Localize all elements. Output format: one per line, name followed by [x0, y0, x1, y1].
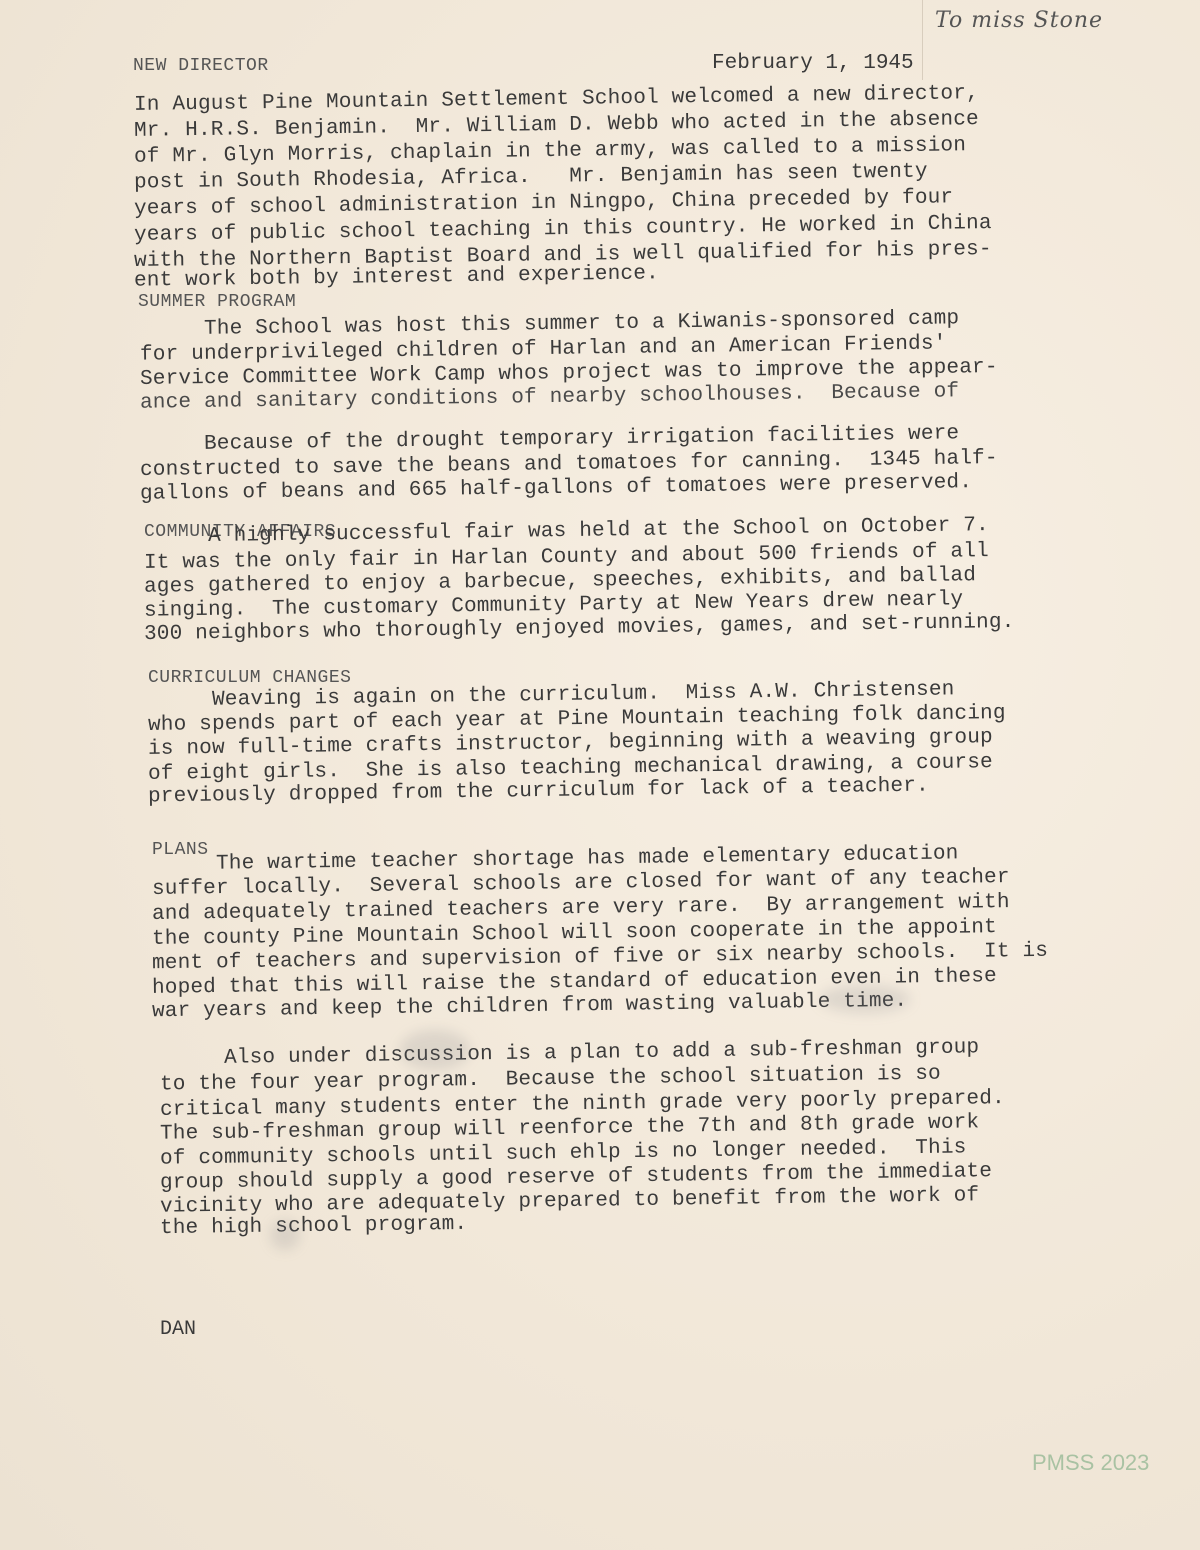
text-line: the high school program.: [160, 1213, 468, 1240]
archive-watermark: PMSS 2023: [1032, 1450, 1149, 1476]
ink-smudge: [270, 1220, 300, 1250]
section-heading-curriculum-changes: CURRICULUM CHANGES: [148, 668, 351, 688]
handwritten-note: To miss Stone: [935, 8, 1103, 33]
ink-smudge: [820, 985, 910, 1013]
ink-smudge: [400, 1030, 470, 1070]
section-heading-new-director: NEW DIRECTOR: [133, 56, 269, 76]
signature-initials: DAN: [160, 1318, 196, 1341]
section-heading-summer-program: SUMMER PROGRAM: [138, 292, 296, 312]
document-date: February 1, 1945: [712, 52, 914, 75]
margin-rule: [922, 0, 923, 80]
